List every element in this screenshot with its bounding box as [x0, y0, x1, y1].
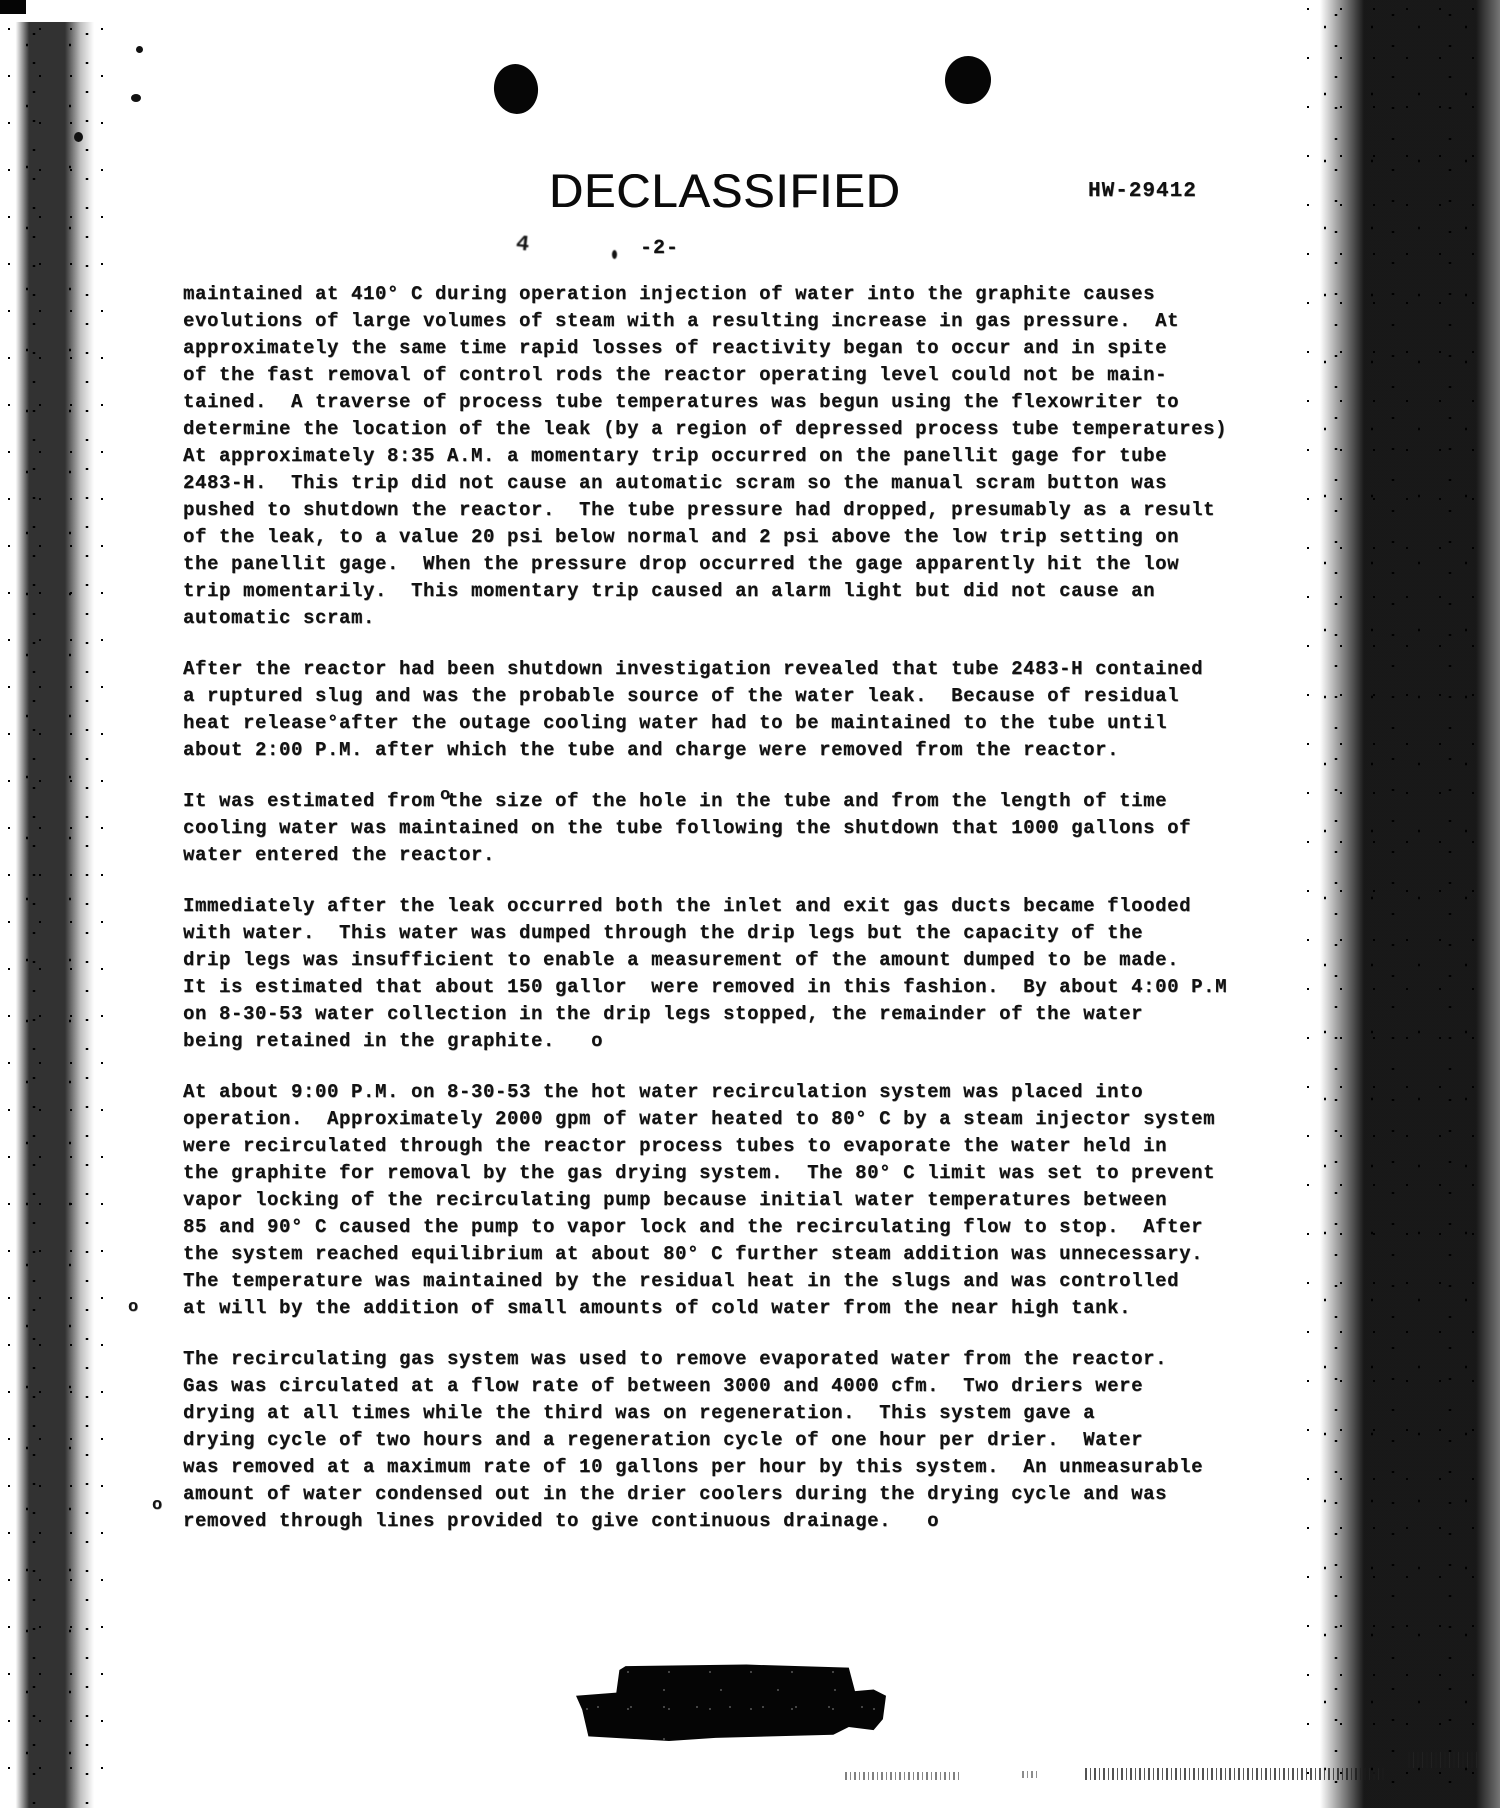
- paragraph: It was estimated from the size of the ho…: [183, 788, 1378, 869]
- text-line: It is estimated that about 150 gallor we…: [183, 974, 1378, 1001]
- text-line: At about 9:00 P.M. on 8-30-53 the hot wa…: [183, 1079, 1378, 1106]
- scanner-noise-strip: [1408, 1752, 1478, 1768]
- text-line: vapor locking of the recirculating pump …: [183, 1187, 1378, 1214]
- scanner-noise-strip: [845, 1772, 960, 1780]
- document-number: HW-29412: [1088, 180, 1197, 203]
- text-line: drying cycle of two hours and a regenera…: [183, 1427, 1378, 1454]
- ink-speck: [74, 132, 83, 142]
- text-line: removed through lines provided to give c…: [183, 1508, 1378, 1535]
- text-line: 85 and 90° C caused the pump to vapor lo…: [183, 1214, 1378, 1241]
- paragraph: After the reactor had been shutdown inve…: [183, 656, 1378, 764]
- text-line: At approximately 8:35 A.M. a momentary t…: [183, 443, 1378, 470]
- text-line: the system reached equilibrium at about …: [183, 1241, 1378, 1268]
- scanner-noise-strip: [1085, 1768, 1385, 1780]
- ink-speck: [131, 94, 141, 102]
- text-line: heat release°after the outage cooling wa…: [183, 710, 1378, 737]
- text-line: After the reactor had been shutdown inve…: [183, 656, 1378, 683]
- paragraph: The recirculating gas system was used to…: [183, 1346, 1378, 1535]
- text-line: automatic scram.: [183, 605, 1378, 632]
- stray-typed-mark: 4: [515, 231, 531, 257]
- hole-punch-mark: [943, 54, 993, 106]
- text-line: pushed to shutdown the reactor. The tube…: [183, 497, 1378, 524]
- text-line: operation. Approximately 2000 gpm of wat…: [183, 1106, 1378, 1133]
- text-line: a ruptured slug and was the probable sou…: [183, 683, 1378, 710]
- scanner-noise-strip: [1022, 1771, 1040, 1778]
- text-line: was removed at a maximum rate of 10 gall…: [183, 1454, 1378, 1481]
- text-line: were recirculated through the reactor pr…: [183, 1133, 1378, 1160]
- text-line: drip legs was insufficient to enable a m…: [183, 947, 1378, 974]
- document-body: maintained at 410° C during operation in…: [183, 281, 1378, 1559]
- redaction-blob: [576, 1663, 886, 1741]
- text-line: on 8-30-53 water collection in the drip …: [183, 1001, 1378, 1028]
- text-line: at will by the addition of small amounts…: [183, 1295, 1378, 1322]
- text-line: being retained in the graphite. o: [183, 1028, 1378, 1055]
- text-line: Gas was circulated at a flow rate of bet…: [183, 1373, 1378, 1400]
- text-line: maintained at 410° C during operation in…: [183, 281, 1378, 308]
- ink-speck: [612, 250, 617, 259]
- text-line: with water. This water was dumped throug…: [183, 920, 1378, 947]
- text-line: water entered the reactor.: [183, 842, 1378, 869]
- text-line: evolutions of large volumes of steam wit…: [183, 308, 1378, 335]
- text-line: approximately the same time rapid losses…: [183, 335, 1378, 362]
- text-line: trip momentarily. This momentary trip ca…: [183, 578, 1378, 605]
- page-number: -2-: [640, 237, 679, 260]
- scan-corner-speck: [0, 0, 26, 14]
- text-line: drying at all times while the third was …: [183, 1400, 1378, 1427]
- scanned-document-page: DECLASSIFIED HW-29412 -2- 4 maintained a…: [0, 0, 1500, 1808]
- text-line: amount of water condensed out in the dri…: [183, 1481, 1378, 1508]
- ink-speck: [136, 46, 143, 53]
- text-line: about 2:00 P.M. after which the tube and…: [183, 737, 1378, 764]
- text-line: cooling water was maintained on the tube…: [183, 815, 1378, 842]
- stray-circle-mark: o: [440, 786, 450, 805]
- declassified-stamp: DECLASSIFIED: [549, 163, 901, 218]
- scan-edge-band-left: [0, 22, 112, 1808]
- text-line: 2483-H. This trip did not cause an autom…: [183, 470, 1378, 497]
- text-line: It was estimated from the size of the ho…: [183, 788, 1378, 815]
- paragraph: At about 9:00 P.M. on 8-30-53 the hot wa…: [183, 1079, 1378, 1322]
- hole-punch-mark: [491, 61, 542, 117]
- stray-circle-mark: o: [152, 1496, 162, 1515]
- text-line: of the leak, to a value 20 psi below nor…: [183, 524, 1378, 551]
- text-line: tained. A traverse of process tube tempe…: [183, 389, 1378, 416]
- text-line: the panellit gage. When the pressure dro…: [183, 551, 1378, 578]
- text-line: of the fast removal of control rods the …: [183, 362, 1378, 389]
- text-line: determine the location of the leak (by a…: [183, 416, 1378, 443]
- text-line: The recirculating gas system was used to…: [183, 1346, 1378, 1373]
- text-line: The temperature was maintained by the re…: [183, 1268, 1378, 1295]
- stray-circle-mark: o: [128, 1298, 138, 1317]
- paragraph: Immediately after the leak occurred both…: [183, 893, 1378, 1055]
- text-line: Immediately after the leak occurred both…: [183, 893, 1378, 920]
- text-line: the graphite for removal by the gas dryi…: [183, 1160, 1378, 1187]
- paragraph: maintained at 410° C during operation in…: [183, 281, 1378, 632]
